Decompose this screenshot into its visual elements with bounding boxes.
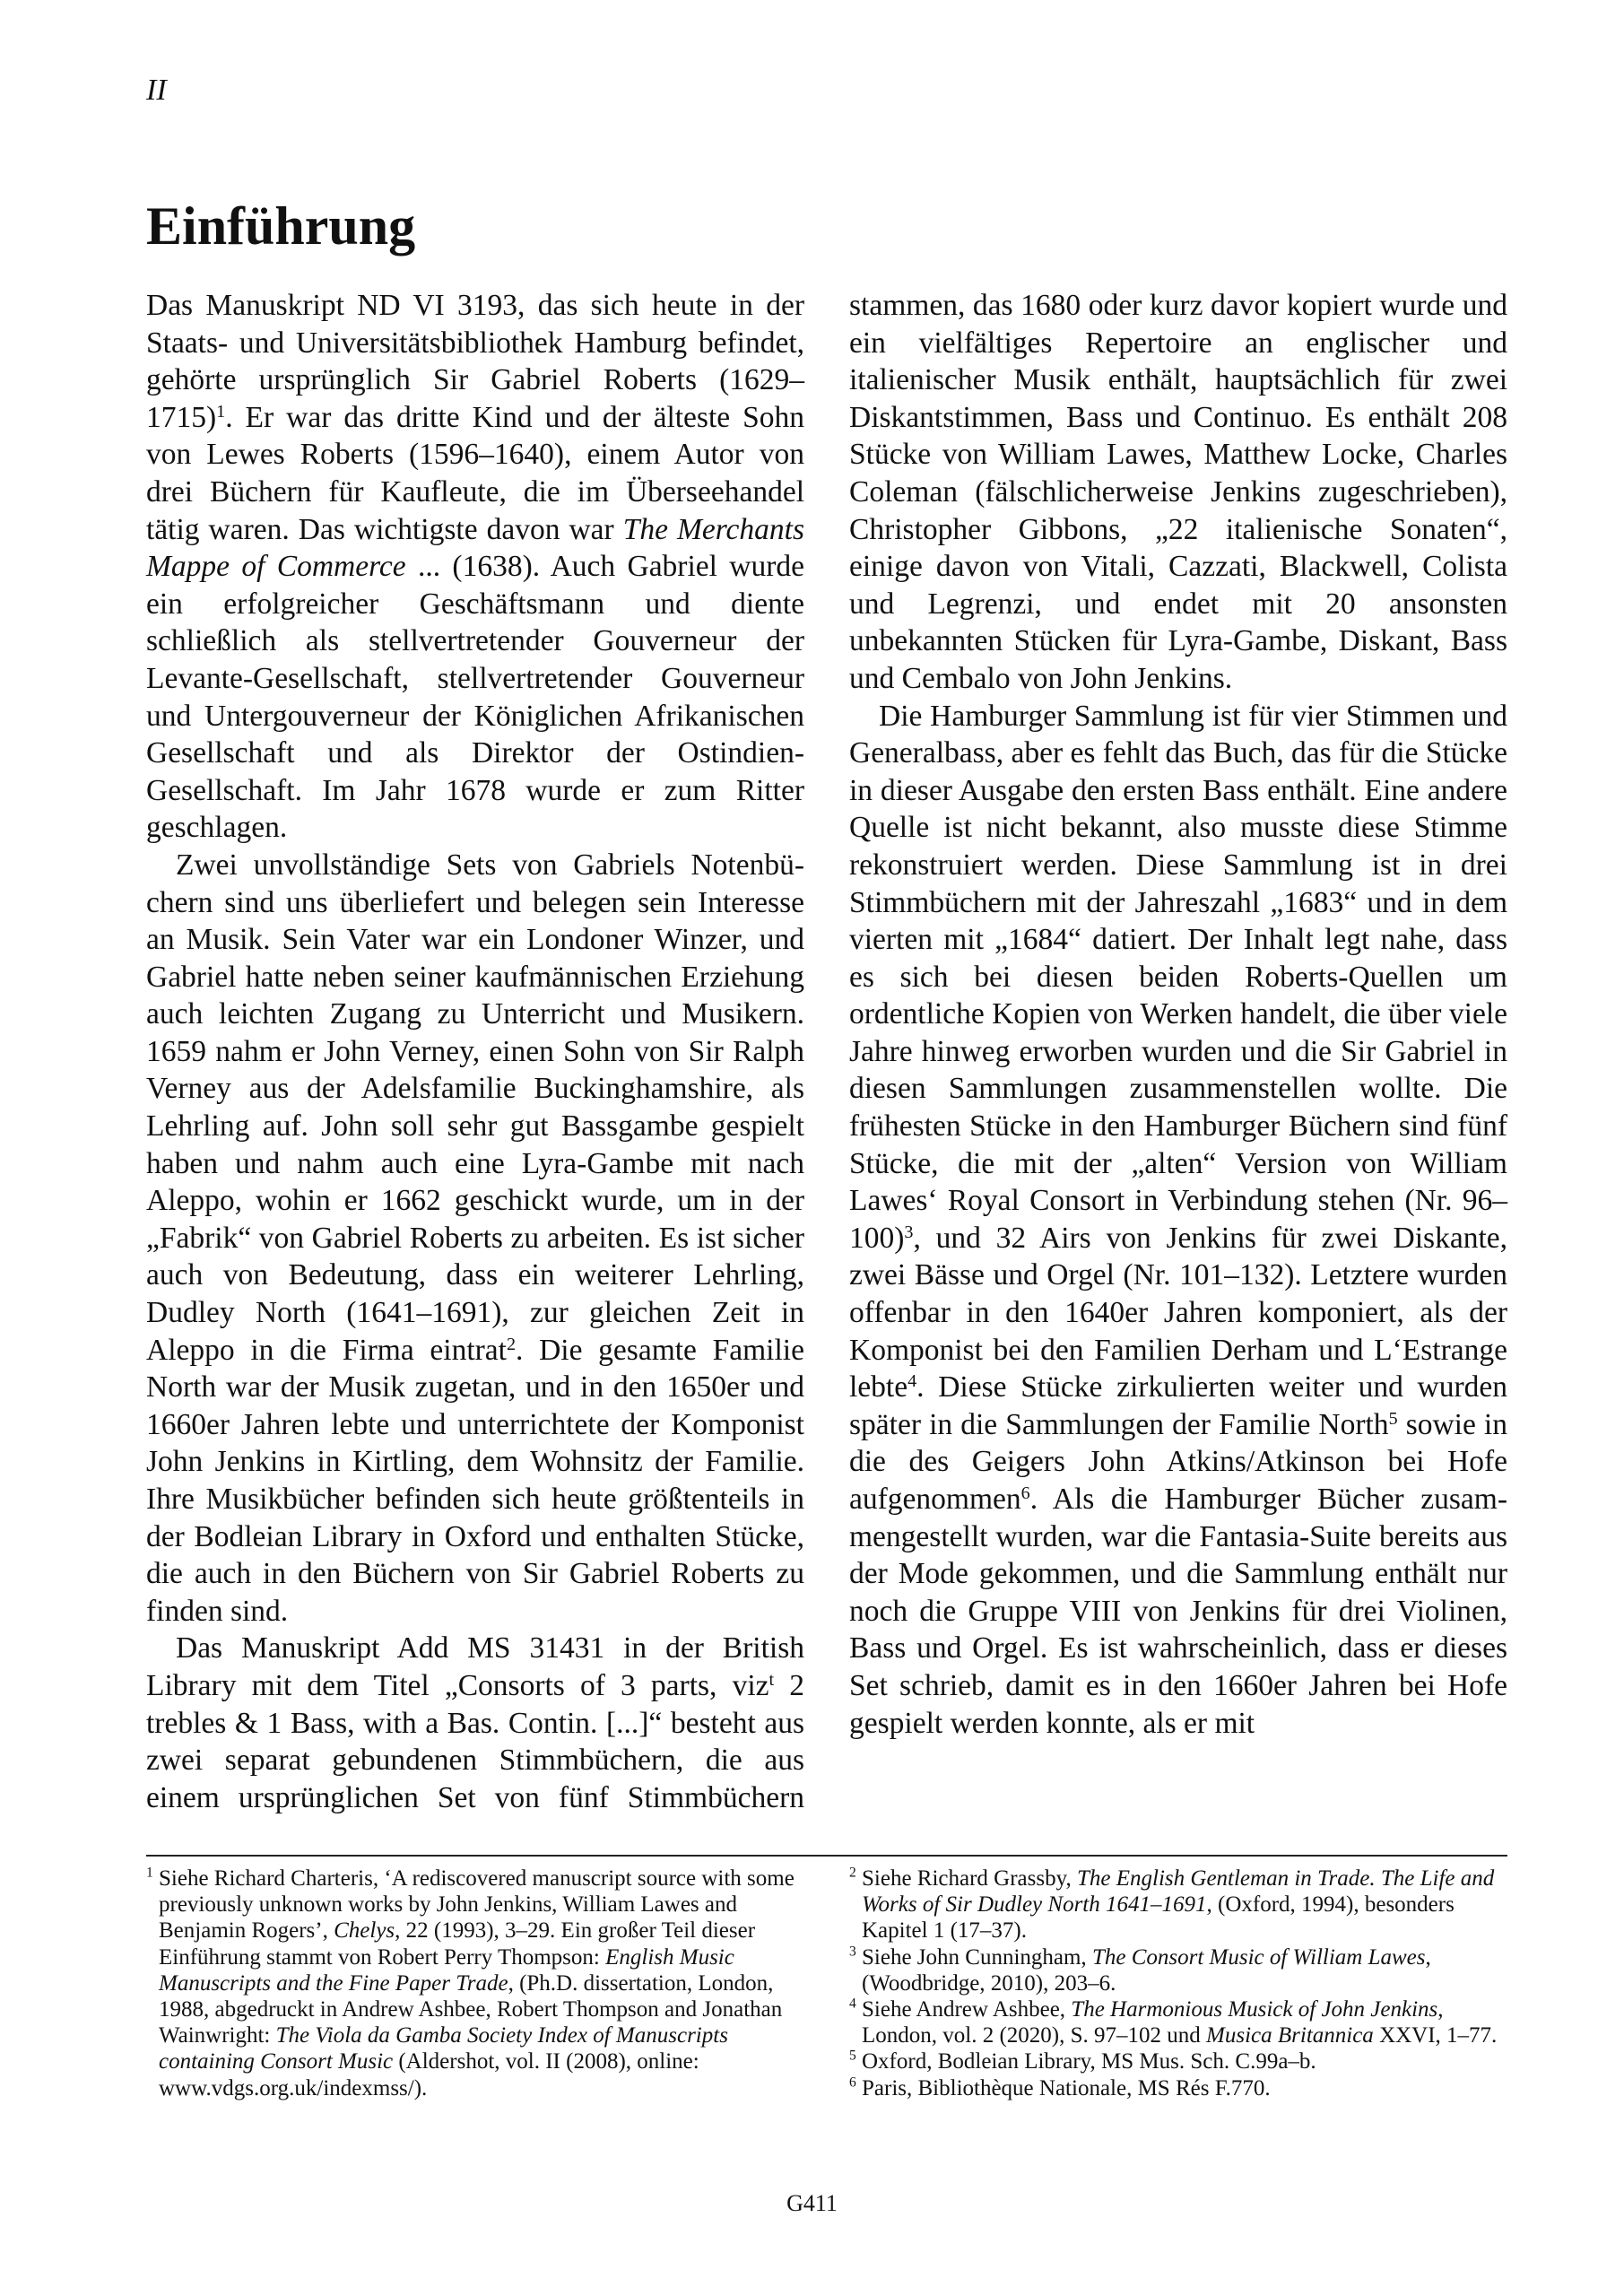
footnote-reference[interactable]: 1 xyxy=(216,402,225,422)
footnote-number: 4 xyxy=(849,1996,856,2012)
italic-title: English Music Manuscripts and the Fine P… xyxy=(159,1945,734,1996)
footnote: 5 Oxford, Bodleian Library, MS Mus. Sch.… xyxy=(849,2048,1507,2074)
paragraph: Zwei unvollständige Sets von Gabriels No… xyxy=(146,847,804,1630)
page-number-roman: II xyxy=(146,75,167,106)
footnote-reference[interactable]: 3 xyxy=(904,1222,913,1242)
footnote-reference[interactable]: 2 xyxy=(507,1335,516,1354)
footnote: 1 Siehe Richard Charteris, ‘A rediscover… xyxy=(146,1865,804,2135)
footnote-number: 2 xyxy=(849,1865,856,1881)
italic-title: Musica Britannica xyxy=(1206,2023,1374,2048)
footnote-number: 6 xyxy=(849,2074,856,2090)
italic-title: The Consort Music of William Lawes xyxy=(1092,1945,1426,1970)
footnote: 3 Siehe John Cunningham, The Consort Mus… xyxy=(849,1944,1507,1996)
body-text: Das Manuskript ND VI 3193, das sich heut… xyxy=(146,287,1507,1830)
paragraph: Das Manuskript ND VI 3193, das sich heut… xyxy=(146,287,804,847)
footnotes: 1 Siehe Richard Charteris, ‘A rediscover… xyxy=(146,1865,1507,2135)
italic-title: The Harmonious Musick of John Jenkins xyxy=(1071,1997,1437,2022)
footnote-reference[interactable]: t xyxy=(769,1670,775,1690)
italic-title: Chelys xyxy=(334,1918,395,1943)
italic-title: The Viola da Gamba Society Index of Manu… xyxy=(159,2023,728,2074)
chapter-title: Einführung xyxy=(146,199,415,253)
footnote: 6 Paris, Bibliothèque Nationale, MS Rés … xyxy=(849,2075,1507,2101)
italic-title: The Merchants Mappe of Commerce xyxy=(146,513,804,584)
footnote-reference[interactable]: 4 xyxy=(908,1371,916,1391)
footnote-reference[interactable]: 6 xyxy=(1021,1483,1030,1503)
page-footer-code: G411 xyxy=(0,2192,1624,2215)
footnote-number: 1 xyxy=(146,1865,153,1881)
footnote-number: 5 xyxy=(849,2048,856,2064)
footnote: 4 Siehe Andrew Ashbee, The Harmonious Mu… xyxy=(849,1996,1507,2048)
footnote-divider xyxy=(146,1855,1507,1857)
italic-title: The English Gentleman in Trade. The Life… xyxy=(862,1866,1494,1917)
paragraph: Die Hamburger Sammlung ist für vier Stim… xyxy=(849,698,1507,1743)
footnote: 2 Siehe Richard Grassby, The English Gen… xyxy=(849,1865,1507,1944)
footnote-number: 3 xyxy=(849,1944,856,1959)
footnote-reference[interactable]: 5 xyxy=(1389,1409,1398,1429)
